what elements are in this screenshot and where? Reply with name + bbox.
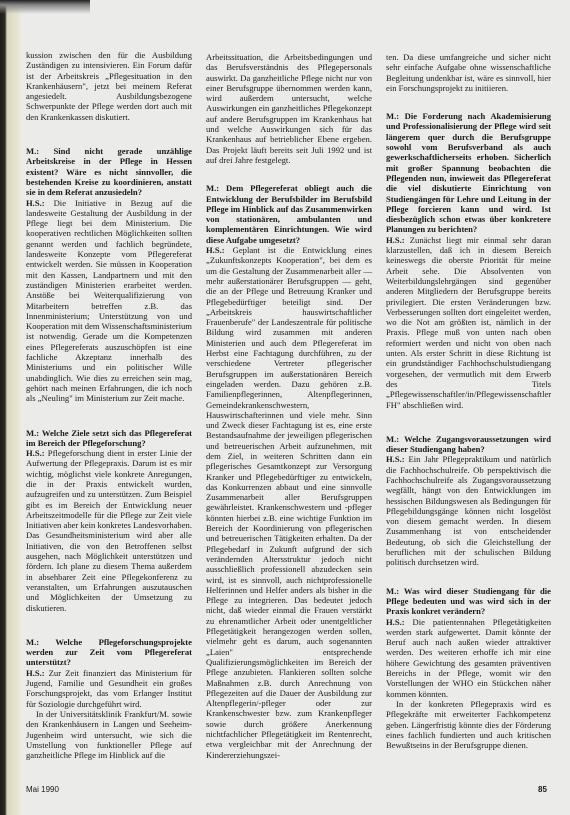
speaker-label: H.S.: bbox=[386, 235, 405, 245]
interview-question: M.: Die Forderung nach Akademisierung un… bbox=[386, 111, 551, 235]
interview-answer: H.S.: Die Initiative in Bezug auf die la… bbox=[26, 198, 192, 404]
answer-text: Pflegeforschung dient in erster Linie de… bbox=[26, 448, 192, 612]
interview-question: M.: Welche Ziele setzt sich das Pflegere… bbox=[26, 428, 192, 449]
interview-answer: H.S.: Zur Zeit finanziert das Ministeriu… bbox=[26, 668, 192, 709]
answer-text: Ein Jahr Pflegepraktikum und natürlich d… bbox=[386, 454, 551, 567]
page-number: 85 bbox=[538, 785, 547, 794]
speaker-label: H.S.: bbox=[386, 617, 405, 627]
interview-answer: H.S.: Die patientennahen Pflegetätigkeit… bbox=[386, 617, 551, 699]
answer-text: Die Initiative in Bezug auf die landeswe… bbox=[26, 198, 192, 404]
paragraph: kussion zwischen den für die Ausbildung … bbox=[26, 50, 192, 122]
speaker-label: H.S.: bbox=[26, 448, 45, 458]
interview-question: M.: Welche Zugangsvoraussetzungen wird d… bbox=[386, 434, 551, 455]
interview-question: M.: Welche Pflegeforschungsprojekte werd… bbox=[26, 637, 192, 668]
paragraph: ten. Da diese umfangreiche und sicher ni… bbox=[386, 52, 551, 93]
right-column: ten. Da diese umfangreiche und sicher ni… bbox=[386, 52, 551, 750]
answer-text: Zunächst liegt mir einmal sehr daran kla… bbox=[386, 235, 551, 410]
speaker-label: H.S.: bbox=[26, 198, 45, 208]
middle-column: Arbeitssituation, die Arbeitsbedingungen… bbox=[206, 52, 372, 760]
interview-question: M.: Was wird dieser Studiengang für die … bbox=[386, 586, 551, 617]
paragraph: Arbeitssituation, die Arbeitsbedingungen… bbox=[206, 52, 372, 165]
issue-date-footer: Mai 1990 bbox=[26, 785, 59, 794]
interview-answer: H.S.: Geplant ist die Entwicklung eines … bbox=[206, 245, 372, 760]
speaker-label: H.S.: bbox=[386, 454, 405, 464]
answer-text: Die patientennahen Pflegetätigkeiten wer… bbox=[386, 617, 551, 699]
paragraph: In der konkreten Pflegepraxis wird es Pf… bbox=[386, 699, 551, 750]
interview-answer: H.S.: Zunächst liegt mir einmal sehr dar… bbox=[386, 235, 551, 410]
interview-question: M.: Sind nicht gerade unzählige Arbeitsk… bbox=[26, 146, 192, 197]
interview-answer: H.S.: Pflegeforschung dient in erster Li… bbox=[26, 448, 192, 613]
left-column: kussion zwischen den für die Ausbildung … bbox=[26, 50, 192, 760]
document-page: kussion zwischen den für die Ausbildung … bbox=[0, 0, 570, 815]
answer-text: Geplant ist die Entwicklung eines „Zukun… bbox=[206, 245, 372, 760]
interview-question: M.: Dem Pflegereferat obliegt auch die E… bbox=[206, 183, 372, 245]
speaker-label: H.S.: bbox=[26, 668, 45, 678]
answer-text: Zur Zeit finanziert das Ministerium für … bbox=[26, 668, 192, 709]
paragraph: In der Universitätsklinik Frankfurt/M. s… bbox=[26, 709, 192, 760]
interview-answer: H.S.: Ein Jahr Pflegepraktikum und natür… bbox=[386, 454, 551, 567]
speaker-label: H.S.: bbox=[206, 245, 225, 255]
